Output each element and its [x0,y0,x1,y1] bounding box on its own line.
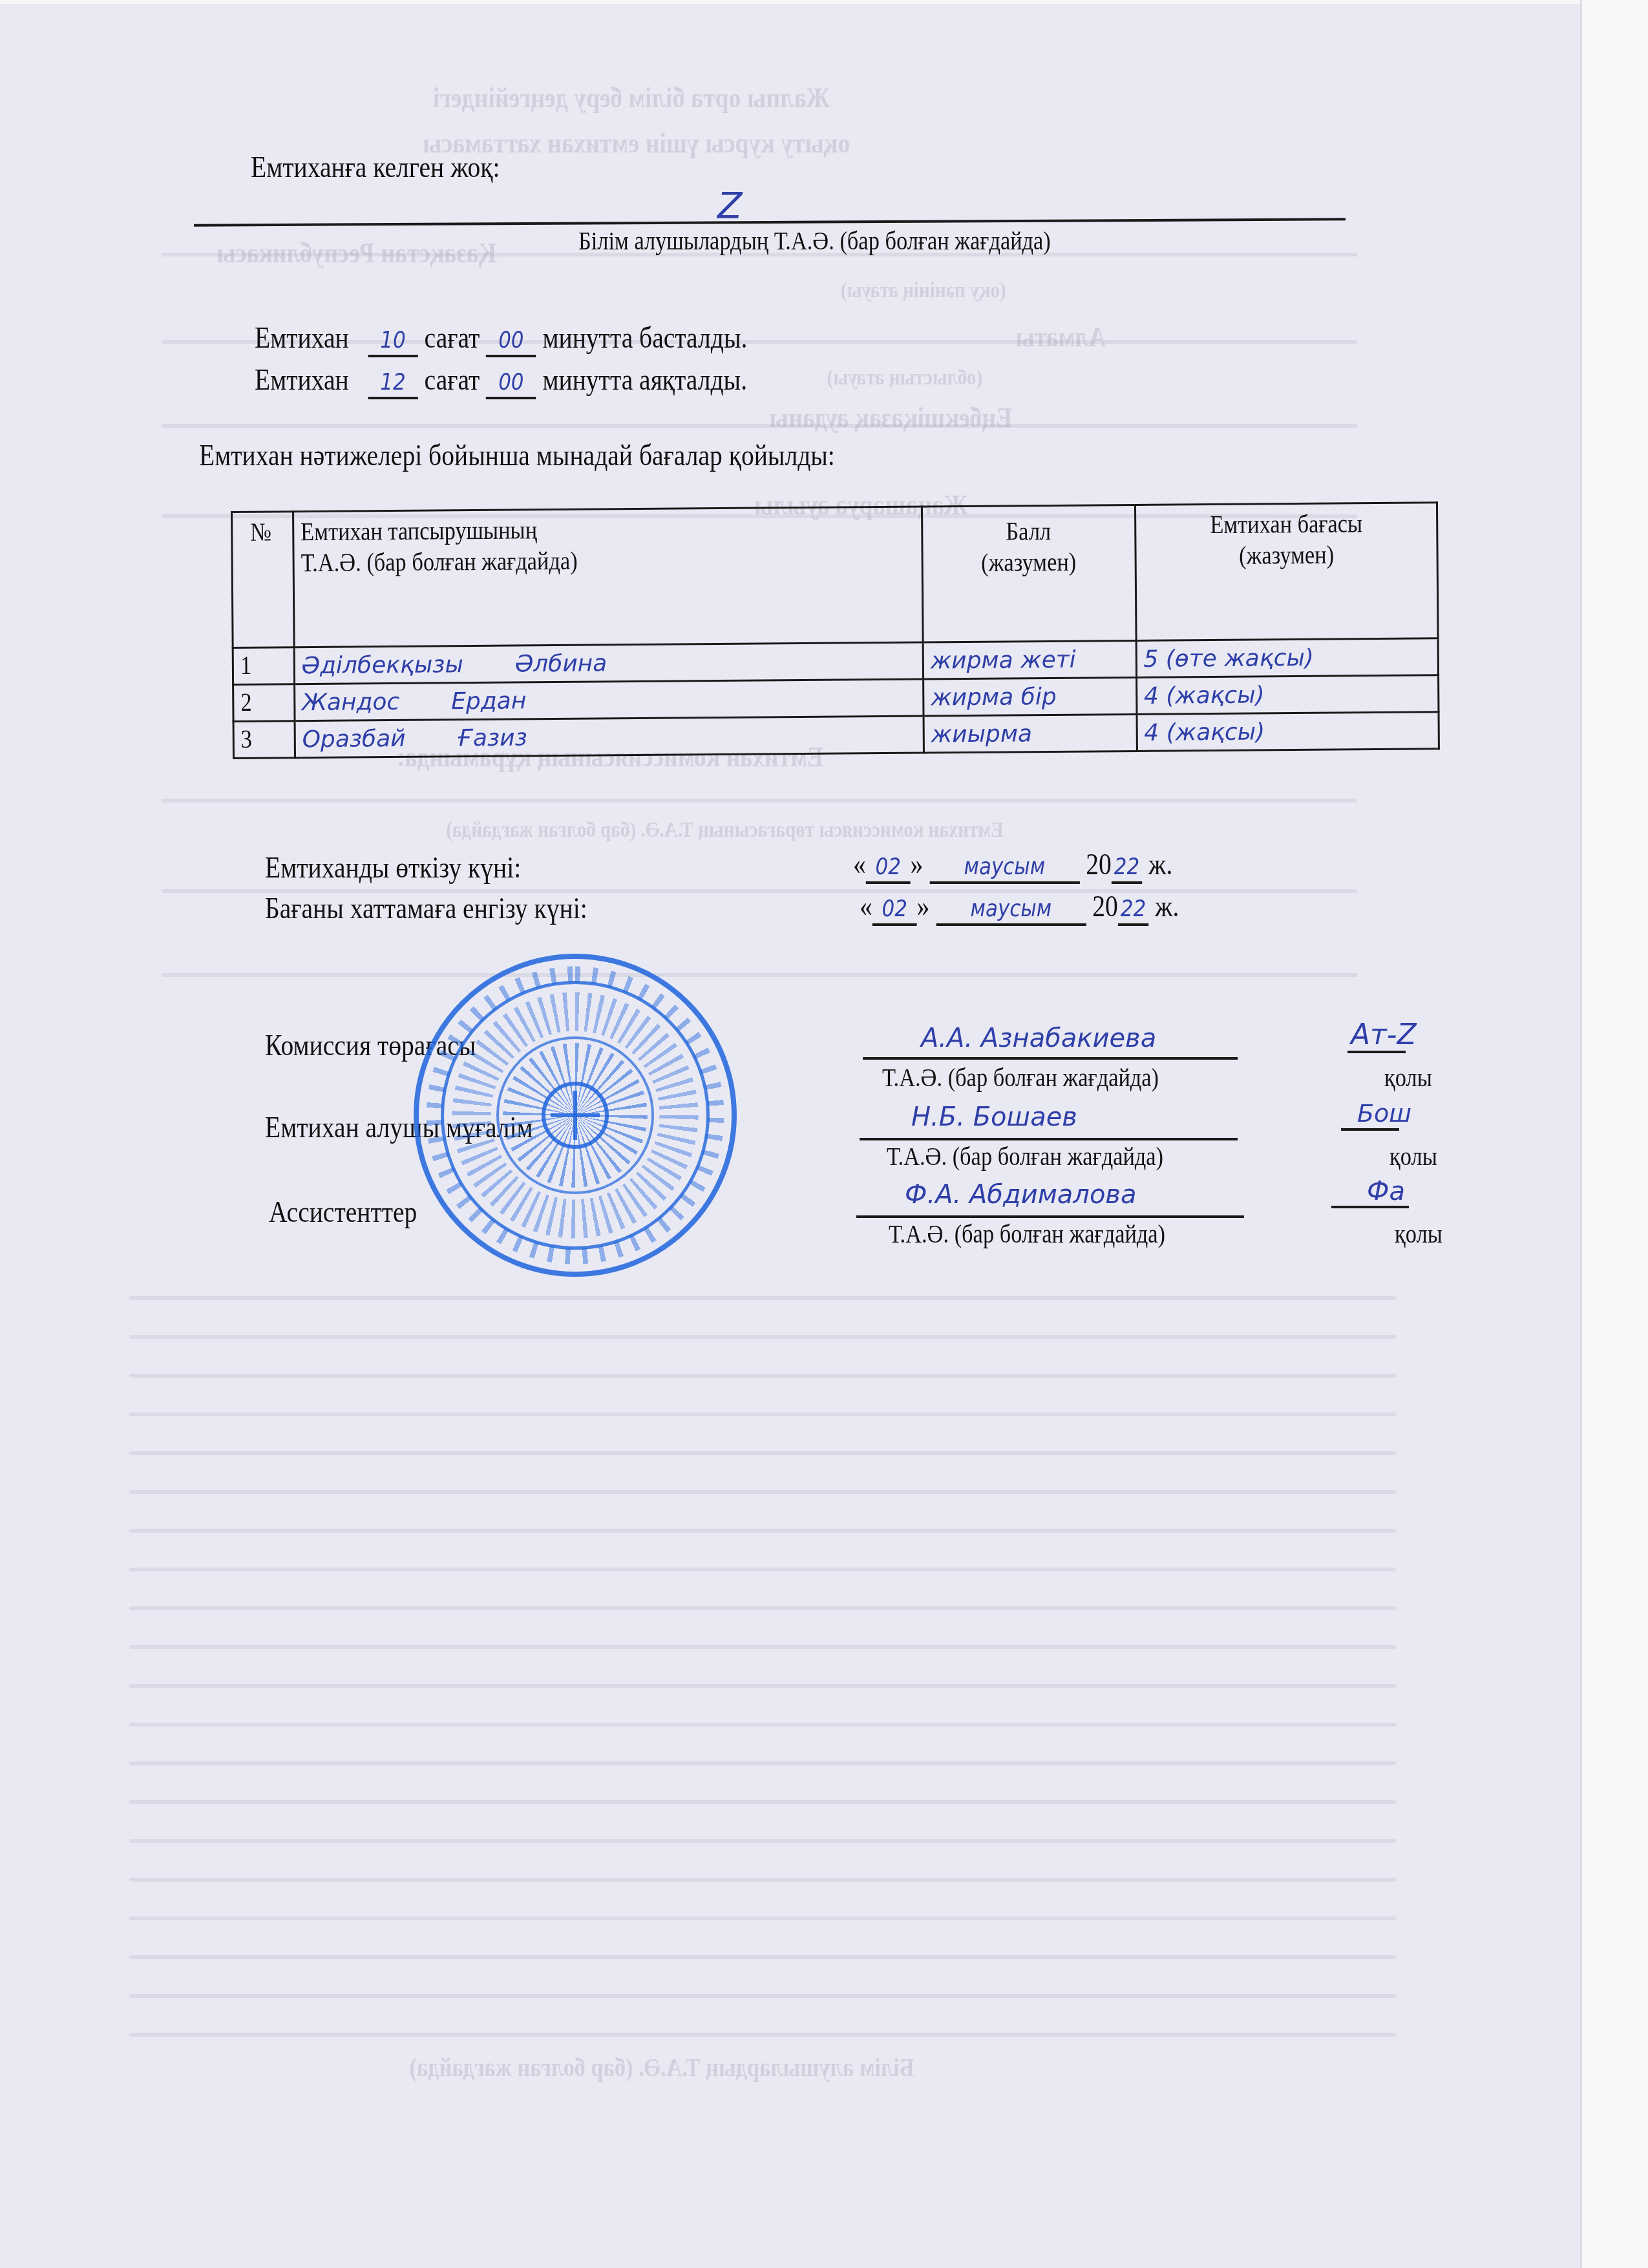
official-stamp [414,954,737,1277]
results-intro: Емтихан нәтижелері бойынша мынадай бағал… [199,438,835,472]
end-hour-field[interactable]: 12 [368,362,417,399]
exam-date: «02» маусым 2022 ж. [853,847,1172,884]
ghost-title: Жалпы орта білім беру деңгейіндегі [433,81,830,114]
exam-date-year-field[interactable]: 22 [1112,847,1142,884]
assistant-name-line[interactable] [856,1215,1244,1218]
chair-name: А.А. Азнабакиева [921,1024,1156,1053]
entry-date-day-field[interactable]: 02 [872,889,917,926]
header-score: Балл (жазумен) [922,505,1136,643]
start-hour: 10 [380,327,405,353]
entry-date-year-field[interactable]: 22 [1118,889,1148,926]
row-student-name[interactable]: ЖандосЕрдан [294,679,924,721]
end-minute-field[interactable]: 00 [486,362,536,399]
row-number[interactable]: 2 [233,684,295,722]
row-score[interactable]: жирма жеті [923,641,1136,680]
ghost-line-5: Еңбекшіқазақ ауданы [770,401,1013,434]
exam-date-label: Емтиханды өткізу күні: [265,850,521,885]
assistant-name-caption: Т.А.Ә. (бар болған жағдайда) [889,1219,1165,1249]
examiner-signature-line[interactable] [1341,1128,1399,1131]
absent-caption: Білім алушылардың Т.А.Ә. (бар болған жағ… [578,226,1051,256]
header-number: № [232,512,294,648]
entry-date-label: Бағаны хаттамаға енгізу күні: [265,891,587,925]
chair-name-line[interactable] [863,1057,1238,1060]
row-grade[interactable]: 4 (жақсы) [1136,675,1439,715]
examiner-name: Н.Б. Бошаев [911,1102,1077,1132]
assistant-name: Ф.А. Абдималова [905,1180,1136,1210]
row-score[interactable]: жиырма [924,715,1137,753]
start-hour-field[interactable]: 10 [368,320,417,357]
row-number[interactable]: 3 [233,721,295,759]
examiner-signature-caption: қолы [1389,1141,1437,1171]
row-grade[interactable]: 5 (өте жақсы) [1136,638,1439,678]
ghost-line-15: Білім алушылардың Т.А.Ә. (бар болған жағ… [410,2052,914,2083]
start-minute-field[interactable]: 00 [486,320,536,357]
start-minute: 00 [498,327,523,353]
ghost-line-2: (оқу пәнінің атауы) [841,278,1006,303]
chair-signature-line[interactable] [1347,1051,1406,1053]
exam-end-line: Емтихан 12 сағат 00 минутта аяқталды. [255,362,747,399]
exam-date-day-field[interactable]: 02 [866,847,911,884]
end-hour-label: сағат [425,363,480,396]
chair-signature: Ат-Z [1351,1018,1417,1051]
ghost-line-3: Алматы [1015,320,1106,353]
start-hour-label: сағат [425,321,480,354]
row-number[interactable]: 1 [233,647,294,685]
start-prefix: Емтихан [255,321,349,354]
ghost-line-4: (облыстың атауы) [827,366,983,390]
table-header-row: № Емтихан тапсырушының Т.А.Ә. (бар болға… [232,503,1439,648]
end-minute: 00 [498,369,523,395]
start-suffix: минутта басталды. [542,321,747,354]
chair-signature-caption: қолы [1384,1062,1432,1093]
row-score[interactable]: жирма бір [924,678,1137,717]
header-grade: Емтихан бағасы (жазумен) [1135,503,1438,641]
results-table: № Емтихан тапсырушының Т.А.Ә. (бар болға… [231,501,1440,759]
exam-date-month-field[interactable]: маусым [929,847,1079,884]
row-student-name[interactable]: ӘділбекқызыӘлбина [294,642,924,684]
examiner-name-line[interactable] [860,1138,1238,1140]
scanned-page: Жалпы орта білім беру деңгейіндегі оқыту… [0,4,1580,2268]
chair-name-caption: Т.А.Ә. (бар болған жағдайда) [882,1062,1159,1093]
assistant-signature: Фа [1367,1177,1405,1206]
row-student-name[interactable]: ОразбайҒазиз [295,716,924,758]
entry-date-month-field[interactable]: маусым [936,889,1086,926]
entry-date: «02» маусым 2022 ж. [860,889,1179,926]
scan-edge-divider [1580,0,1582,2268]
absent-label: Емтиханға келген жоқ: [251,150,500,184]
end-suffix: минутта аяқталды. [542,363,747,396]
assistant-signature-caption: қолы [1395,1219,1442,1249]
assistant-signature-line[interactable] [1331,1206,1409,1208]
examiner-name-caption: Т.А.Ә. (бар болған жағдайда) [887,1141,1163,1171]
header-student-name: Емтихан тапсырушының Т.А.Ә. (бар болған … [293,507,923,647]
role-assistants: Ассистенттер [269,1195,417,1229]
end-hour: 12 [380,369,405,395]
exam-start-line: Емтихан 10 сағат 00 минутта басталды. [255,320,747,357]
examiner-signature: Бош [1357,1099,1411,1128]
ghost-line-12: Емтихан комиссиясы төрағасының Т.А.Ә. (б… [446,818,1004,843]
stamp-shanyrak-emblem-icon [542,1082,609,1149]
end-prefix: Емтихан [255,363,349,396]
row-grade[interactable]: 4 (жақсы) [1137,712,1439,751]
